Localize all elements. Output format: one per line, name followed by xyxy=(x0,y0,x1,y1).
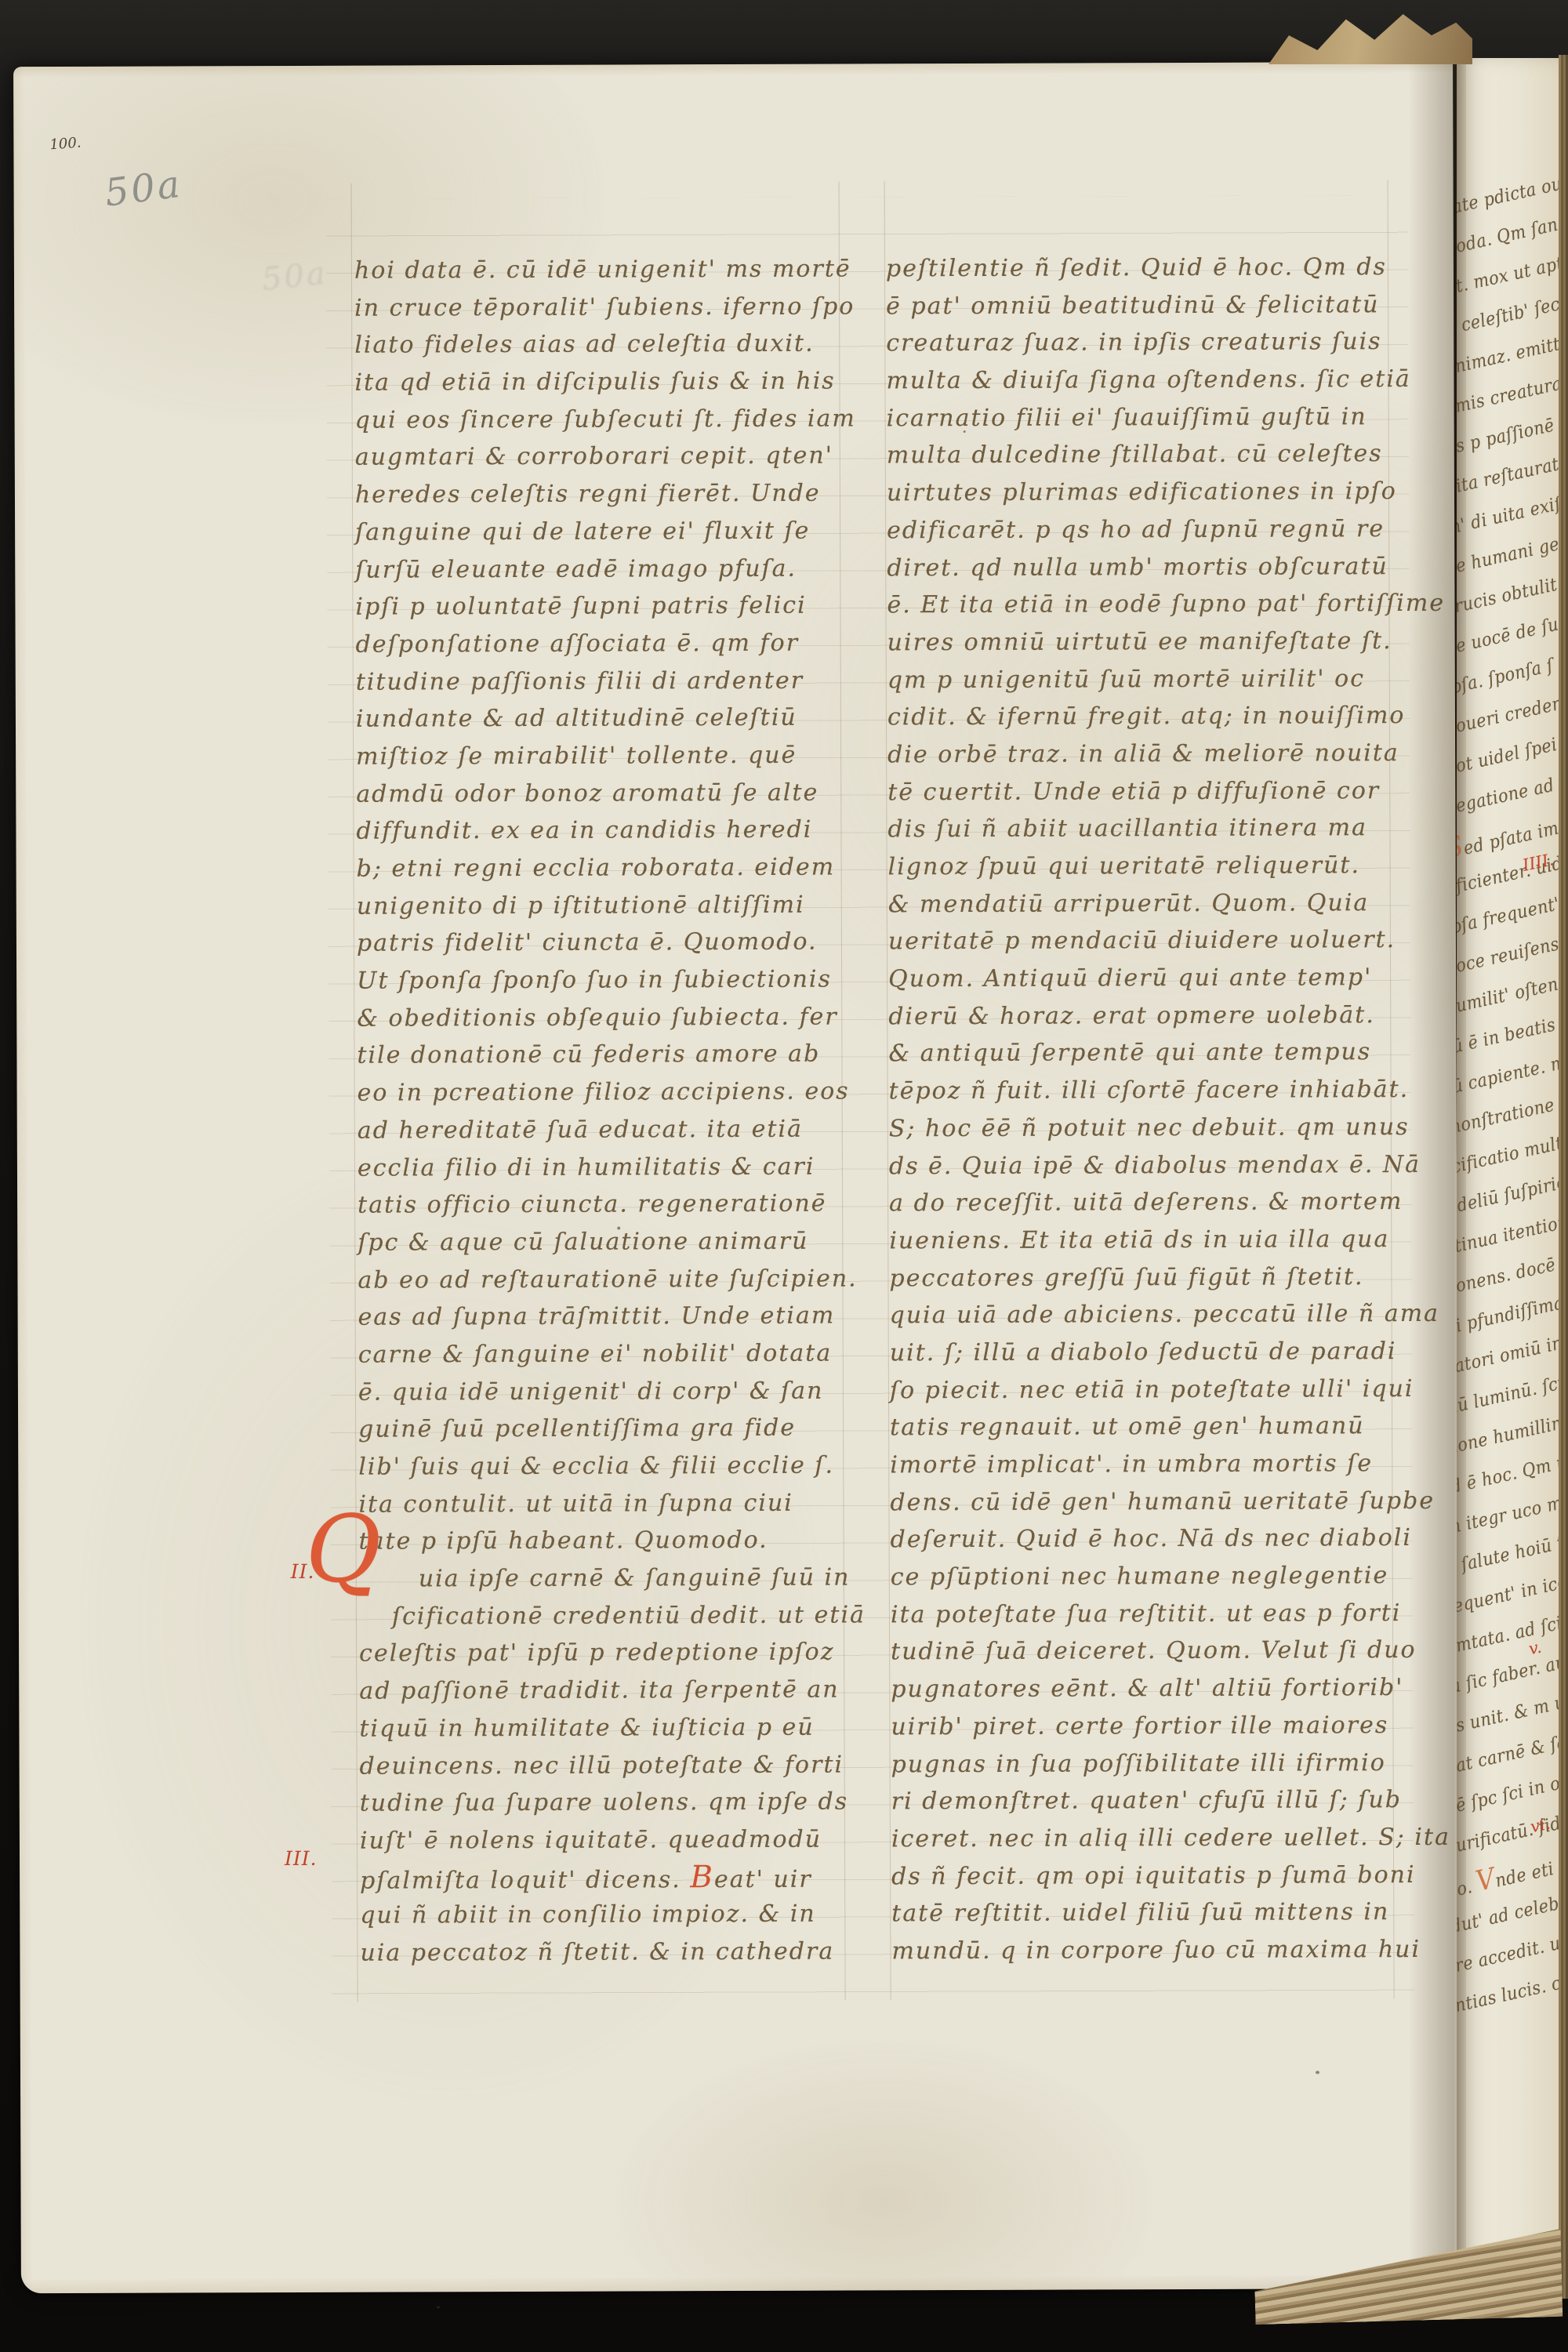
manuscript-line: uia peccatoz ñ ſtetit. & in cathedra xyxy=(360,1933,866,1972)
parchment-speck xyxy=(617,1227,620,1230)
text-column-left: hoi data ē. cū idē unigenit' ms mortēin … xyxy=(354,250,867,1972)
manuscript-line: tate p ipſū habeant. Quomodo. xyxy=(359,1522,866,1561)
manuscript-line: peccatores greſſū ſuū figūt ñ ſtetit. xyxy=(889,1258,1448,1297)
margin-numeral-vi: vi. xyxy=(1529,1814,1552,1837)
manuscript-line: ita qd etiā in diſcipulis ſuis & in his xyxy=(354,363,861,402)
manuscript-line: eo in pcreatione filioz accipiens. eos xyxy=(358,1073,864,1112)
manuscript-line: & obeditionis obſequio ſubiecta. fer xyxy=(357,998,863,1037)
archival-number-ink: 100. xyxy=(49,135,82,154)
edge-text-column: tate pdicta ouē ſuanoda. Qm ſanguis qut.… xyxy=(1457,190,1568,2029)
manuscript-line: qm p unigenitū ſuū mortē uirilit' oc xyxy=(887,659,1446,699)
manuscript-line: qui ñ abiit in conſilio impioz. & in xyxy=(360,1896,866,1935)
manuscript-line: ds ē. Quia ipē & diabolus mendax ē. Nā xyxy=(889,1145,1448,1185)
manuscript-line: ita contulit. ut uitā in ſupna ciui xyxy=(358,1484,865,1523)
manuscript-line: miſtioz ſe mirabilit' tollente. quē xyxy=(356,736,862,775)
manuscript-line: tēpoz ñ fuit. illi cſortē facere inhiabā… xyxy=(889,1071,1448,1110)
manuscript-line: & mendatiū arripuerūt. Quom. Quia xyxy=(888,884,1447,924)
manuscript-line: guinē ſuū pcellentiſſima gra fide xyxy=(358,1410,865,1449)
manuscript-line: deuincens. nec illū poteſtate & forti xyxy=(360,1746,866,1785)
manuscript-line: ueritatē p mendaciū diuidere uoluert. xyxy=(888,921,1447,960)
manuscript-line: peſtilentie ñ ſedit. Quid ē hoc. Qm ds xyxy=(886,249,1445,288)
manuscript-line: admdū odor bonoz aromatū ſe alte xyxy=(356,774,862,813)
text-column-right: peſtilentie ñ ſedit. Quid ē hoc. Qm dsē … xyxy=(886,249,1451,1970)
manuscript-line: a do receſſit. uitā deſerens. & mortem xyxy=(889,1183,1448,1222)
manuscript-photo: { "annotations": { "folio_pencil": "50a"… xyxy=(0,0,1568,2352)
manuscript-line: ipſi p uoluntatē ſupni patris felici xyxy=(355,587,862,626)
manuscript-line: pugnas in ſua poſſibilitate illi ifirmio xyxy=(891,1744,1450,1783)
manuscript-line: quia uiā ade abiciens. peccatū ille ñ am… xyxy=(890,1295,1449,1334)
manuscript-line: tudinē ſuā deiceret. Quom. Velut ſi duo xyxy=(891,1632,1450,1671)
margin-numeral-iii: III. xyxy=(285,1847,318,1870)
manuscript-line: lignoz ſpuū qui ueritatē reliquerūt. xyxy=(888,847,1447,886)
folio-number-ghost: 50a xyxy=(260,256,329,299)
manuscript-line: diret. qd nulla umb' mortis obſcuratū xyxy=(887,547,1446,586)
manuscript-line: S; hoc ēē ñ potuit nec debuit. qm unus xyxy=(889,1109,1448,1148)
manuscript-line: deſeruit. Quid ē hoc. Nā ds nec diaboli xyxy=(891,1519,1450,1559)
manuscript-line: tiquū in humilitate & iuſticia p eū xyxy=(359,1708,866,1748)
manuscript-line: tudine ſua ſupare uolens. qm ipſe ds xyxy=(360,1784,866,1823)
manuscript-line: liato fideles aias ad celeſtia duxit. xyxy=(354,325,861,365)
manuscript-line: creaturaz ſuaz. in ipſis creaturis ſuis xyxy=(886,323,1445,362)
manuscript-page: 100. 50a 50a hoi data ē. cū idē unigenit… xyxy=(13,62,1461,2293)
manuscript-line: deſponſatione aſſociata ē. qm for xyxy=(356,624,862,663)
manuscript-line: ſanguine qui de latere ei' fluxit ſe xyxy=(355,512,862,551)
manuscript-line: & antiquū ſerpentē qui ante tempus xyxy=(888,1033,1447,1073)
manuscript-line: dis ſui ñ abiit uacillantia itinera ma xyxy=(887,809,1446,848)
manuscript-line: ſurſū eleuante eadē imago pfuſa. xyxy=(355,550,862,589)
manuscript-line: ē. quia idē unigenit' di corp' & ſan xyxy=(358,1372,865,1411)
manuscript-line: lib' ſuis qui & ecclia & filii ecclie ſ. xyxy=(358,1446,865,1486)
folio-number-pencil: 50a xyxy=(102,162,184,216)
manuscript-line: multa & diuiſa ſigna oſtendens. ſic etiā xyxy=(886,361,1445,400)
manuscript-line: diffundit. ex ea in candidis heredi xyxy=(356,811,862,851)
parchment-speck xyxy=(1316,2071,1319,2074)
manuscript-line: icarnatio filii ei' ſuauiſſimū guſtū in xyxy=(887,398,1446,437)
manuscript-line: pſalmiſta loquit' dicens. Beat' uir xyxy=(360,1858,866,1897)
manuscript-line: celeſtis pat' ipſū p redeptione ipſoz xyxy=(359,1634,866,1673)
manuscript-line: ad hereditatē ſuā educat. ita etiā xyxy=(358,1110,864,1149)
manuscript-line: iueniens. Et ita etiā ds in uia illa qua xyxy=(889,1221,1448,1260)
manuscript-line: hoi data ē. cū idē unigenit' ms mortē xyxy=(354,250,861,289)
manuscript-line: uit. ſ; illū a diabolo ſeductū de paradi xyxy=(890,1333,1449,1372)
manuscript-line: imortē implicat'. in umbra mortis ſe xyxy=(890,1445,1449,1484)
manuscript-line: Quom. Antiquū dierū qui ante temp' xyxy=(888,959,1447,998)
rubric-initial: B xyxy=(690,1860,714,1895)
manuscript-line: ab eo ad reſtaurationē uite ſuſcipien. xyxy=(358,1260,864,1299)
next-page-edge: tate pdicta ouē ſuanoda. Qm ſanguis qut.… xyxy=(1457,58,1568,2294)
manuscript-line: uirib' piret. certe fortior ille maiores xyxy=(891,1707,1450,1746)
manuscript-line: ſcificationē credentiū dedit. ut etiā xyxy=(359,1596,866,1635)
parchment-speck xyxy=(964,430,966,433)
rubric-initial-q: Q xyxy=(305,1494,408,1611)
manuscript-line: cidit. & ifernū fregit. atq; in nouiſſim… xyxy=(887,697,1446,736)
manuscript-line: ri demonſtret. quaten' cfuſū illū ſ; ſub xyxy=(891,1781,1450,1820)
manuscript-line: ē. Et ita etiā in eodē ſupno pat' fortiſ… xyxy=(887,585,1446,624)
manuscript-line: uires omniū uirtutū ee manifeſtate ſt. xyxy=(887,622,1446,662)
manuscript-line: tatis officio ciuncta. regenerationē xyxy=(358,1185,864,1225)
manuscript-line: iundante & ad altitudinē celeſtiū xyxy=(356,699,862,739)
manuscript-line: ecclia filio di in humilitatis & cari xyxy=(358,1148,864,1187)
manuscript-line: iceret. nec in aliq illi cedere uellet. … xyxy=(891,1819,1450,1858)
manuscript-line: ds ñ fecit. qm opi iquitatis p ſumā boni xyxy=(891,1856,1450,1895)
manuscript-line: dens. cū idē gen' humanū ueritatē ſupbe xyxy=(890,1483,1449,1522)
manuscript-line: edificarēt. p qs ho ad ſupnū regnū re xyxy=(887,510,1446,550)
manuscript-line: in cruce tēporalit' ſubiens. iferno ſpo xyxy=(354,288,861,327)
manuscript-line: multa dulcedine ſtillabat. cū celeſtes xyxy=(887,435,1446,474)
manuscript-line: carne & ſanguine ei' nobilit' dotata xyxy=(358,1334,865,1374)
manuscript-line: qui eos ſincere ſubſecuti ſt. fides iam xyxy=(355,400,862,439)
manuscript-line: heredes celeſtis regni fierēt. Unde xyxy=(355,475,862,514)
torn-corner xyxy=(1269,0,1472,64)
manuscript-line: mundū. q in corpore ſuo cū maxima hui xyxy=(891,1931,1450,1970)
manuscript-line: ſo piecit. nec etiā in poteſtate ulli' i… xyxy=(890,1370,1449,1409)
manuscript-line: tatis regnauit. ut omē gen' humanū xyxy=(890,1407,1449,1446)
manuscript-line: eas ad ſupna trāſmittit. Unde etiam xyxy=(358,1298,865,1337)
manuscript-line: patris fidelit' ciuncta ē. Quomodo. xyxy=(357,924,863,963)
margin-numeral-ii: II. xyxy=(291,1560,315,1583)
manuscript-line: dierū & horaz. erat opmere uolebāt. xyxy=(888,996,1447,1036)
parchment-speck xyxy=(437,2306,440,2308)
line-text: eat' uir xyxy=(714,1865,812,1893)
manuscript-line: tatē reſtitit. uidel filiū ſuū mittens i… xyxy=(891,1893,1450,1933)
manuscript-line: ad paſſionē tradidit. ita ſerpentē an xyxy=(359,1671,866,1711)
manuscript-line: ſpc & aque cū ſaluatione animarū xyxy=(358,1222,864,1261)
manuscript-line: die orbē traz. in aliā & meliorē nouita xyxy=(887,735,1446,774)
manuscript-line: ita poteſtate ſua reſtitit. ut eas p for… xyxy=(891,1595,1450,1634)
line-text: pſalmiſta loquit' dicens. xyxy=(360,1866,690,1894)
manuscript-line: uia ipſe carnē & ſanguinē ſuū in xyxy=(359,1559,866,1598)
manuscript-line: Ut ſponſa ſponſo ſuo in ſubiectionis xyxy=(357,960,863,1000)
manuscript-line: tile donationē cū federis amore ab xyxy=(357,1036,863,1075)
manuscript-line: unigenito di p iſtitutionē altiſſimi xyxy=(357,886,863,925)
manuscript-line: tē cuertit. Unde etiā p diffuſionē cor xyxy=(887,771,1446,811)
manuscript-line: iuſt' ē nolens iquitatē. queadmodū xyxy=(360,1820,866,1860)
manuscript-line: b; etni regni ecclia roborata. eidem xyxy=(357,848,863,887)
manuscript-line: ce pſūptioni nec humane neglegentie xyxy=(891,1557,1450,1596)
manuscript-line: titudine paſſionis filii di ardenter xyxy=(356,662,862,701)
manuscript-line: pugnatores eēnt. & alt' altiū fortiorib' xyxy=(891,1669,1450,1708)
manuscript-line: ē pat' omniū beatitudinū & felicitatū xyxy=(886,286,1445,325)
manuscript-line: augmtari & corroborari cepit. qten' xyxy=(355,437,862,477)
manuscript-line: uirtutes plurimas edificationes in ipſo xyxy=(887,473,1446,512)
book-fore-edge xyxy=(1559,55,1568,2299)
